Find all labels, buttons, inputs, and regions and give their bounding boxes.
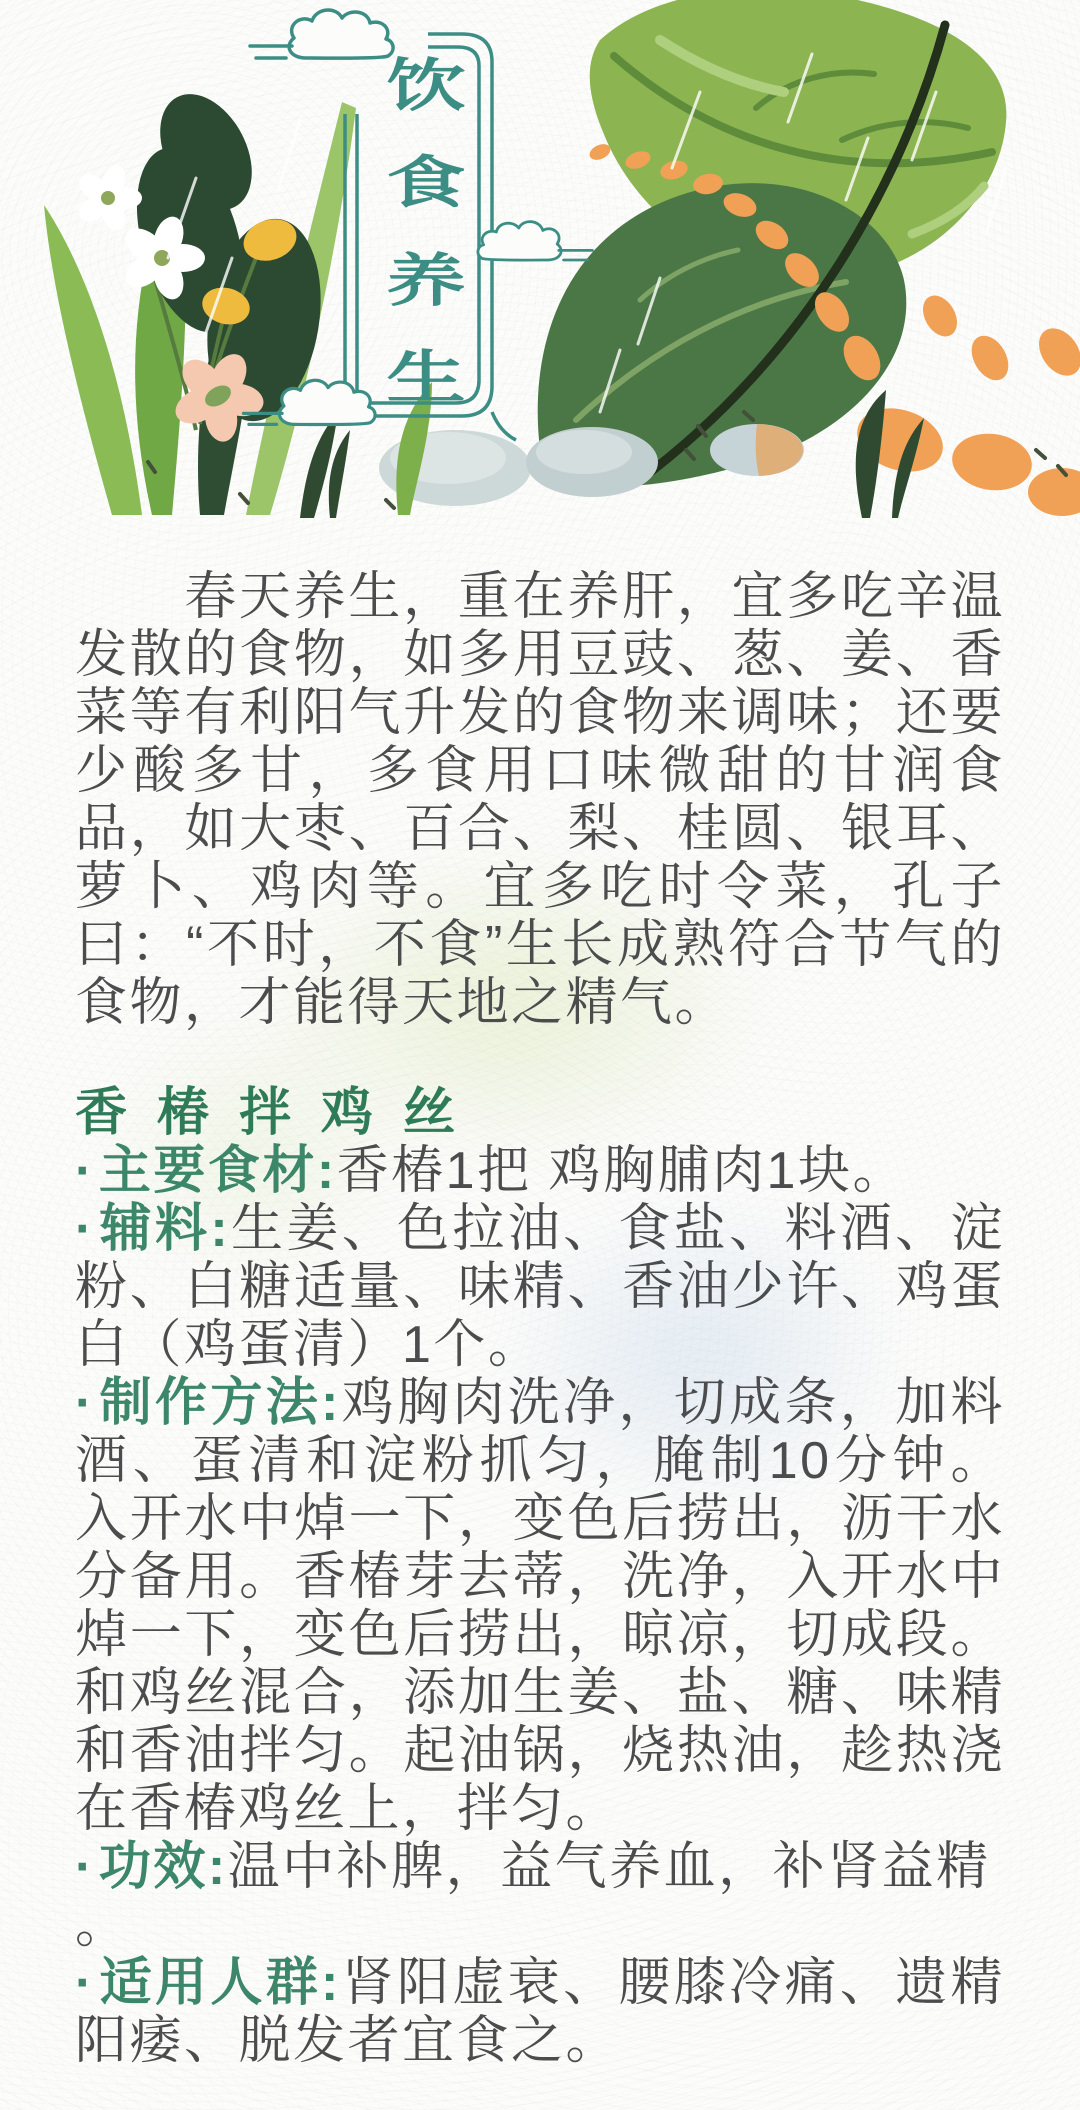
item-label: 制作方法 xyxy=(99,1374,321,1432)
recipe-item-main-ingredients: ·主要食材:香椿1把 鸡胸脯肉1块。 xyxy=(75,1142,1005,1200)
cloud-ornament-top xyxy=(250,10,393,58)
bullet-dot: · xyxy=(75,1142,99,1200)
item-colon: : xyxy=(321,1374,341,1432)
title-char: 食 xyxy=(386,155,465,212)
title-char: 生 xyxy=(386,349,465,406)
recipe-item-method: ·制作方法:鸡胸肉洗净，切成条，加料酒、蛋清和淀粉抓匀，腌制10分钟。入开水中焯… xyxy=(75,1374,1005,1838)
header-illustration: 饮 食 养 生 xyxy=(0,0,1080,522)
title-char: 养 xyxy=(386,252,465,309)
bullet-dot: · xyxy=(75,1374,99,1432)
item-label: 主要食材 xyxy=(99,1142,317,1200)
recipe-item-auxiliary: ·辅料:生姜、色拉油、食盐、料酒、淀粉、白糖适量、味精、香油少许、鸡蛋白（鸡蛋清… xyxy=(75,1200,1005,1374)
item-text: 鸡胸肉洗净，切成条，加料酒、蛋清和淀粉抓匀，腌制10分钟。入开水中焯一下，变色后… xyxy=(75,1374,1005,1838)
bullet-dot: · xyxy=(75,1200,99,1258)
poster-page: 饮 食 养 生 春天养生，重在养肝，宜多吃辛温发散的食物，如多用豆豉、葱、姜、香… xyxy=(0,0,1080,2110)
recipe-item-suitable-people: ·适用人群:肾阳虚衰、腰膝冷痛、遗精阳痿、脱发者宜食之。 xyxy=(75,1954,1005,2070)
header-illustration-graphic xyxy=(0,0,1080,522)
recipe-title: 香椿拌鸡丝 xyxy=(75,1084,1005,1142)
item-label: 功效 xyxy=(99,1838,208,1896)
item-colon: : xyxy=(210,1200,230,1258)
item-colon: : xyxy=(317,1142,337,1200)
pebbles-icon xyxy=(379,424,804,506)
item-label: 适用人群 xyxy=(99,1954,321,2012)
bullet-dot: · xyxy=(75,1838,99,1896)
article-content: 春天养生，重在养肝，宜多吃辛温发散的食物，如多用豆豉、葱、姜、香菜等有利阳气升发… xyxy=(75,568,1005,2070)
title-char: 饮 xyxy=(386,58,465,115)
intro-paragraph: 春天养生，重在养肝，宜多吃辛温发散的食物，如多用豆豉、葱、姜、香菜等有利阳气升发… xyxy=(75,568,1005,1032)
item-colon: : xyxy=(208,1838,228,1896)
item-label: 辅料 xyxy=(99,1200,211,1258)
page-title: 饮 食 养 生 xyxy=(376,56,476,408)
item-colon: : xyxy=(321,1954,341,2012)
item-text: 香椿1把 鸡胸脯肉1块。 xyxy=(337,1142,907,1200)
recipe-item-effect: ·功效:温中补脾，益气养血，补肾益精 。 xyxy=(75,1838,1005,1954)
bullet-dot: · xyxy=(75,1954,99,2012)
cloud-ornament-right xyxy=(478,222,592,261)
